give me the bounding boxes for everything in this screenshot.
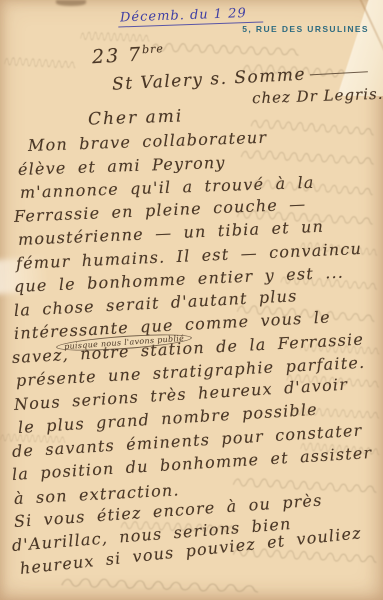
letter-page: Décemb. du 1 29 5, RUE DES URSULINES 23 … xyxy=(0,0,383,600)
date-superscript: bre xyxy=(142,42,164,56)
salutation: Cher ami xyxy=(88,106,184,129)
top-edge-tear xyxy=(56,0,86,6)
archival-note: Décemb. du 1 29 xyxy=(118,5,263,27)
date-line: 23 7bre xyxy=(91,42,164,68)
host-line: chez Dr Legris. xyxy=(252,85,383,108)
letterhead-address: 5, RUE DES URSULINES xyxy=(242,24,369,34)
pen-flourish-line xyxy=(310,71,368,75)
date-main: 23 7 xyxy=(91,44,142,69)
bleedthrough-squiggle xyxy=(4,54,77,72)
bleedthrough-squiggle xyxy=(150,39,300,59)
letter-body: Mon brave collaborateur élève et ami Pey… xyxy=(12,134,378,581)
